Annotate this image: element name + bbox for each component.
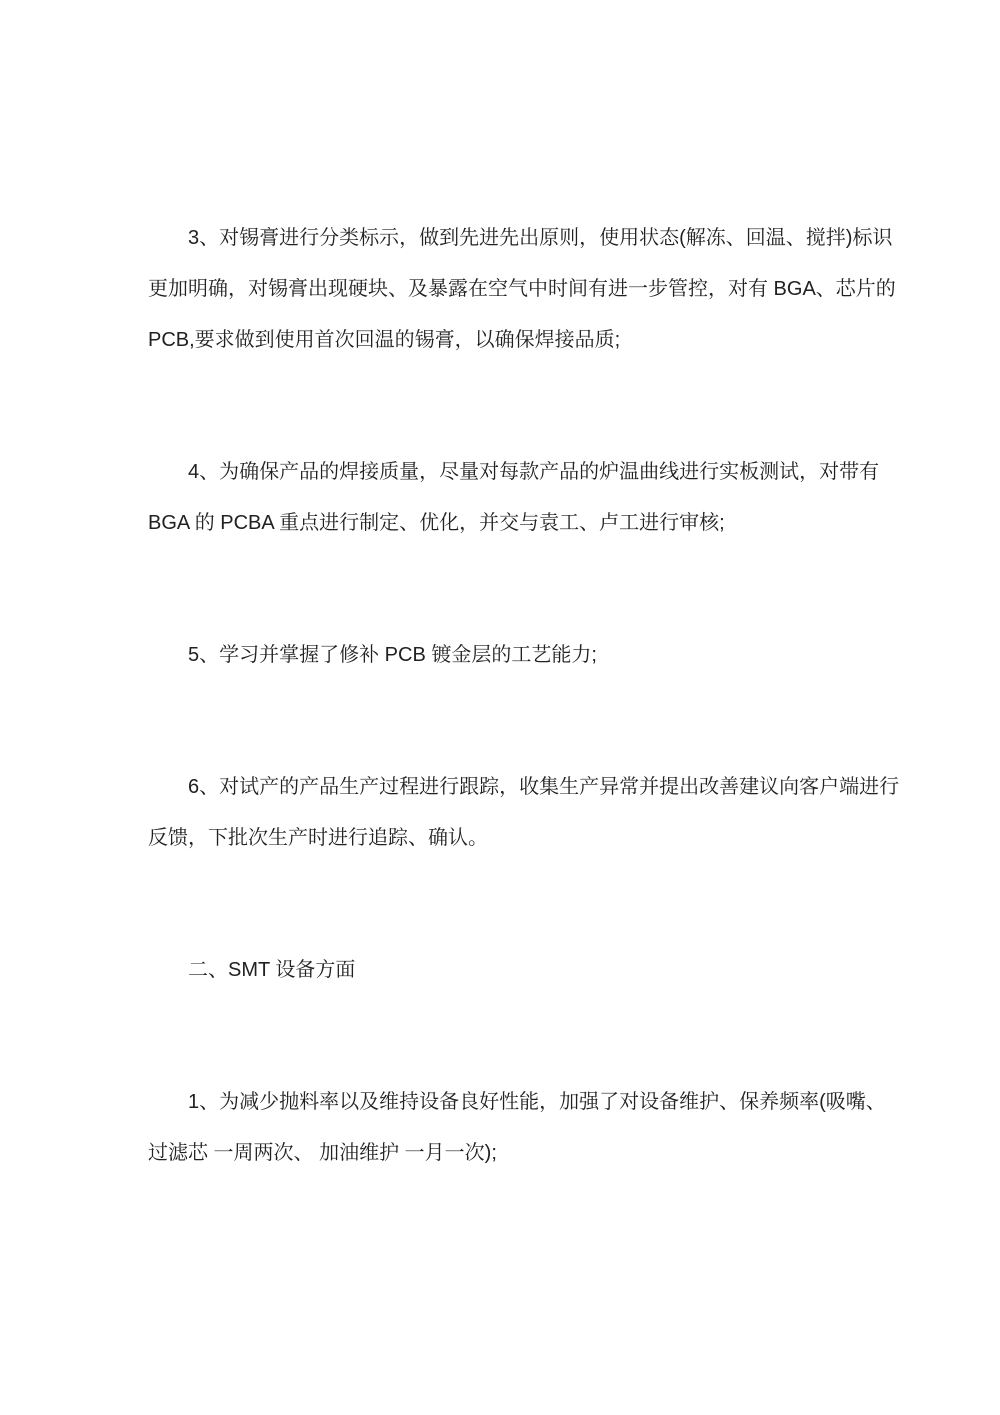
paragraph-item-1: 1、为减少抛料率以及维持设备良好性能，加强了对设备维护、保养频率(吸嘴、 过滤芯… — [148, 1077, 852, 1179]
text-line: 1、为减少抛料率以及维持设备良好性能，加强了对设备维护、保养频率(吸嘴、 — [148, 1077, 852, 1128]
document-page: 3、对锡膏进行分类标示，做到先进先出原则，使用状态(解冻、回温、搅拌)标识 更加… — [0, 0, 1000, 1415]
paragraph-item-4: 4、为确保产品的焊接质量，尽量对每款产品的炉温曲线进行实板测试，对带有 BGA … — [148, 447, 852, 549]
text-line: 过滤芯 一周两次、 加油维护 一月一次); — [148, 1128, 852, 1179]
text-line: 3、对锡膏进行分类标示，做到先进先出原则，使用状态(解冻、回温、搅拌)标识 — [148, 213, 852, 264]
paragraph-item-5: 5、学习并掌握了修补 PCB 镀金层的工艺能力; — [148, 630, 852, 681]
text-line: 6、对试产的产品生产过程进行跟踪，收集生产异常并提出改善建议向客户端进行 — [148, 762, 852, 813]
paragraph-item-6: 6、对试产的产品生产过程进行跟踪，收集生产异常并提出改善建议向客户端进行 反馈，… — [148, 762, 852, 864]
text-line: 4、为确保产品的焊接质量，尽量对每款产品的炉温曲线进行实板测试，对带有 — [148, 447, 852, 498]
paragraph-item-3: 3、对锡膏进行分类标示，做到先进先出原则，使用状态(解冻、回温、搅拌)标识 更加… — [148, 213, 852, 366]
heading-line: 二、SMT 设备方面 — [148, 945, 852, 996]
text-line: PCB,要求做到使用首次回温的锡膏，以确保焊接品质; — [148, 315, 852, 366]
section-heading-2: 二、SMT 设备方面 — [148, 945, 852, 996]
text-line: 反馈，下批次生产时进行追踪、确认。 — [148, 813, 852, 864]
text-line: 5、学习并掌握了修补 PCB 镀金层的工艺能力; — [148, 630, 852, 681]
text-line: 更加明确，对锡膏出现硬块、及暴露在空气中时间有进一步管控，对有 BGA、芯片的 — [148, 264, 852, 315]
document-content: 3、对锡膏进行分类标示，做到先进先出原则，使用状态(解冻、回温、搅拌)标识 更加… — [148, 213, 852, 1179]
text-line: BGA 的 PCBA 重点进行制定、优化，并交与袁工、卢工进行审核; — [148, 498, 852, 549]
